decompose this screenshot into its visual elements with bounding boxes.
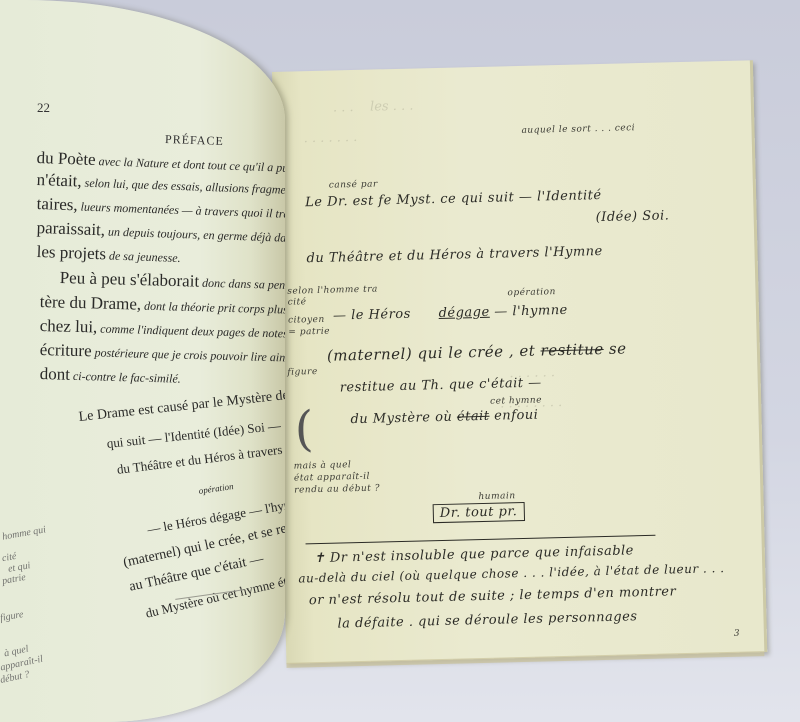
- footnote-line: la défaite . qui se déroule les personna…: [337, 609, 637, 631]
- margin-note: mais à quel: [294, 460, 352, 471]
- manuscript-line-3: — le Héros dégage — l'hymne: [333, 303, 568, 324]
- manuscript-line-4: (maternel) qui le crée , et restitue se: [327, 339, 627, 364]
- manuscript-line-1: Le Dr. est fe Myst. ce qui suit — l'Iden…: [305, 188, 602, 210]
- text-line: Peu à peu s'élaborait donc dans sa pensé…: [59, 268, 285, 296]
- text-line: tère du Drame, dont la théorie prit corp…: [39, 292, 285, 319]
- top-note: auquel le sort . . . ceci: [521, 123, 635, 136]
- bleed-through-text: homme qui: [1, 524, 46, 543]
- footnote-line: ✝ Dr n'est insoluble que parce que infai…: [314, 543, 634, 566]
- superscript-note: cansé par: [329, 179, 378, 190]
- margin-note: citoyen: [288, 315, 325, 326]
- text-line: écriture postérieure que je crois pouvoi…: [39, 340, 285, 367]
- margin-note: rendu au début ?: [294, 483, 380, 495]
- separator-rule: [306, 535, 656, 545]
- interlinear-note: opération: [198, 481, 234, 496]
- text-line: dont ci-contre le fac-similé.: [39, 364, 181, 388]
- left-page-printed: 22 PRÉFACE du Poète avec la Nature et do…: [0, 0, 285, 722]
- struck-word: était: [457, 409, 490, 425]
- manuscript-line-1b: (Idée) Soi.: [595, 208, 669, 225]
- manuscript-line-6: du Mystère où était enfoui: [350, 408, 538, 428]
- superscript-note: cet hymne: [490, 396, 542, 407]
- bleed-through-text: figure: [0, 609, 24, 624]
- text-line: chez lui, comme l'indiquent deux pages d…: [39, 316, 285, 343]
- struck-word: restitue: [540, 340, 604, 360]
- page-edge: [286, 651, 764, 668]
- margin-note: = patrie: [288, 327, 330, 338]
- right-page-manuscript: . . . les . . . . . . . . . . . . . . . …: [272, 60, 767, 664]
- text-line: les projets de sa jeunesse.: [36, 242, 181, 267]
- boxed-note: Dr. tout pr.: [433, 502, 525, 523]
- boxed-superscript: humain: [478, 491, 515, 502]
- bleed-through-text: . . . . . . .: [303, 130, 357, 146]
- margin-note: selon l'homme tra: [287, 284, 378, 296]
- superscript-note: opération: [507, 287, 556, 298]
- margin-note: figure: [287, 367, 318, 378]
- bleed-through-text: . . . les . . .: [333, 99, 414, 116]
- footnote-line: or n'est résolu tout de suite ; le temps…: [309, 584, 677, 608]
- manuscript-line-5: restitue au Th. que c'était —: [340, 376, 542, 396]
- underlined-word: dégage: [438, 305, 489, 321]
- bracket-mark: (: [294, 401, 315, 457]
- folio-mark: 3: [734, 629, 740, 639]
- running-head: PRÉFACE: [165, 132, 224, 149]
- bleed-through-text: patrie: [1, 572, 26, 587]
- margin-note: état apparaît-il: [294, 472, 370, 484]
- page-number: 22: [37, 100, 50, 116]
- margin-note: cité: [288, 297, 307, 307]
- manuscript-line-2: du Théâtre et du Héros à travers l'Hymne: [306, 244, 603, 266]
